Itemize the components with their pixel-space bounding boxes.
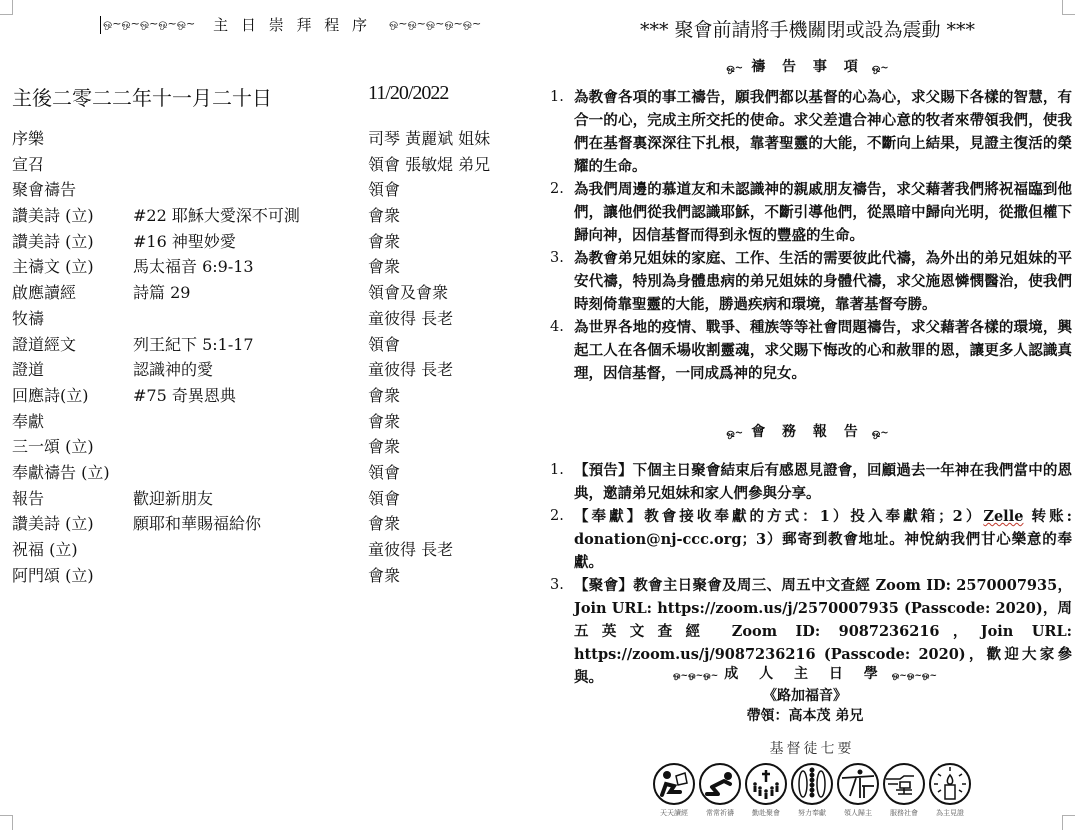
essential-item: 常常祈禱 <box>697 762 743 818</box>
adult-school-book: 《路加福音》 <box>640 686 970 706</box>
program-item: 證道經文 <box>12 334 76 356</box>
seven-essentials-icons: 天天讀經 常常祈禱 勤赴聚會 努力奉獻 領人歸主 服務社會 <box>647 762 977 818</box>
program-item: 序樂 <box>12 128 44 150</box>
serving-society-icon <box>882 762 926 806</box>
program-item: 牧禱 <box>12 308 44 330</box>
program-row: 祝福 (立)童彼得 長老 <box>12 539 532 565</box>
program-item: 啟應讀經 <box>12 282 76 304</box>
prayer-heading: ஒ~禱 告 事 項ஒ~ <box>540 56 1075 76</box>
ornament-icon: ஒ~ <box>726 63 743 74</box>
essential-label: 領人歸主 <box>844 808 872 818</box>
program-item: 主禱文 (立) <box>12 256 94 278</box>
adult-school-title-line: ஒ~ஒ~ஒ~成 人 主 日 學ஒ~ஒ~ஒ~ <box>640 664 970 686</box>
item-number: 1. <box>550 459 564 482</box>
program-row: 奉獻會衆 <box>12 411 532 437</box>
program-row: 阿門頌 (立)會衆 <box>12 565 532 591</box>
program-item: 三一頌 (立) <box>12 436 94 458</box>
program-row: 報告歡迎新朋友領會 <box>12 488 532 514</box>
affairs-heading-text: 會 務 報 告 <box>751 424 864 440</box>
program-row: 回應詩(立)#75 奇異恩典會衆 <box>12 385 532 411</box>
essential-label: 常常祈禱 <box>706 808 734 818</box>
prayer-heading-text: 禱 告 事 項 <box>751 59 864 75</box>
program-item: 讚美詩 (立) <box>12 513 94 535</box>
program-detail: #22 耶穌大愛深不可測 <box>133 205 300 227</box>
program-leader: 童彼得 長老 <box>368 308 453 330</box>
item-text: 為教會弟兄姐妹的家庭、工作、生活的需要彼此代禱，為外出的弟兄姐妹的平安代禱，特別… <box>574 247 1072 316</box>
program-row: 奉獻禱告 (立)領會 <box>12 462 532 488</box>
list-item: 2. 【奉獻】教會接收奉獻的方式：1）投入奉獻箱；2）Zelle 转账: don… <box>550 505 1072 574</box>
worship-program-page: ஒ~ஒ~ஒ~ஒ~ஒ~ 主 日 崇 拜 程 序 ஒ~ஒ~ஒ~ஒ~ஒ~ 主後二零二二… <box>0 0 540 830</box>
essential-label: 勤赴聚會 <box>752 808 780 818</box>
adult-school-leader: 帶領：高本茂 弟兄 <box>640 706 970 726</box>
program-leader: 會衆 <box>368 565 400 587</box>
program-title-line: ஒ~ஒ~ஒ~ஒ~ஒ~ 主 日 崇 拜 程 序 ஒ~ஒ~ஒ~ஒ~ஒ~ <box>100 14 500 35</box>
essential-item: 服務社會 <box>881 762 927 818</box>
program-item: 奉獻禱告 (立) <box>12 462 110 484</box>
program-item: 證道 <box>12 359 44 381</box>
program-item: 報告 <box>12 488 44 510</box>
offering-icon <box>790 762 834 806</box>
program-leader: 領會 <box>368 462 400 484</box>
program-leader: 會衆 <box>368 411 400 433</box>
offering-text-a: 【奉獻】教會接收奉獻的方式：1）投入奉獻箱；2） <box>574 508 983 525</box>
program-detail: 詩篇 29 <box>133 282 190 304</box>
program-item: 祝福 (立) <box>12 539 78 561</box>
text-cursor <box>100 16 101 34</box>
program-detail: #75 奇異恩典 <box>133 385 236 407</box>
item-number: 2. <box>550 178 564 201</box>
program-row: 序樂司琴 黃麗斌 姐妹 <box>12 128 532 154</box>
item-text: 為世界各地的疫情、戰爭、種族等等社會問題禱告，求父藉著各樣的環境，興起工人在各個… <box>574 316 1072 385</box>
essential-label: 服務社會 <box>890 808 918 818</box>
program-row: 證道經文列王紀下 5:1-17領會 <box>12 334 532 360</box>
program-leader: 會衆 <box>368 385 400 407</box>
item-number: 1. <box>550 86 564 109</box>
ornament-left-icon: ஒ~ஒ~ஒ~ஒ~ஒ~ <box>103 17 195 32</box>
program-leader: 童彼得 長老 <box>368 359 453 381</box>
essential-item: 領人歸主 <box>835 762 881 818</box>
list-item: 2.為我們周邊的慕道友和未認識神的親戚朋友禱告，求父藉著我們將祝福臨到他們，讓他… <box>550 178 1072 247</box>
witness-candle-icon <box>928 762 972 806</box>
item-number: 3. <box>550 574 564 597</box>
list-item: 1. 【預告】下個主日聚會結束后有感恩見證會，回顧過去一年神在我們當中的恩典，邀… <box>550 459 1072 505</box>
program-row: 聚會禱告領會 <box>12 179 532 205</box>
item-text: 為我們周邊的慕道友和未認識神的親戚朋友禱告，求父藉著我們將祝福臨到他們，讓他們從… <box>574 178 1072 247</box>
program-item: 宣召 <box>12 154 44 176</box>
program-leader: 領會 <box>368 179 400 201</box>
program-leader: 司琴 黃麗斌 姐妹 <box>368 128 490 150</box>
program-list: 序樂司琴 黃麗斌 姐妹宣召領會 張敏焜 弟兄聚會禱告領會讚美詩 (立)#22 耶… <box>12 128 532 590</box>
program-row: 讚美詩 (立)#16 神聖妙愛會衆 <box>12 231 532 257</box>
program-leader: 領會 <box>368 488 400 510</box>
adult-school-title: 成 人 主 日 學 <box>724 666 886 682</box>
seven-essentials-title: 基督徒七要 <box>647 738 977 758</box>
program-leader: 童彼得 長老 <box>368 539 453 561</box>
program-leader: 領會 張敏焜 弟兄 <box>368 154 490 176</box>
item-number: 2. <box>550 505 564 528</box>
program-leader: 領會 <box>368 334 400 356</box>
program-detail: 認識神的愛 <box>133 359 213 381</box>
ornament-right-icon: ஒ~ஒ~ஒ~ஒ~ஒ~ <box>389 17 481 32</box>
ornament-icon: ஒ~ <box>872 63 889 74</box>
essential-label: 為主見證 <box>936 808 964 818</box>
ornament-icon: ஒ~ஒ~ஒ~ <box>892 671 937 681</box>
program-detail: 列王紀下 5:1-17 <box>133 334 254 356</box>
essential-item: 為主見證 <box>927 762 973 818</box>
essential-item: 天天讀經 <box>651 762 697 818</box>
affairs-heading: ஒ~會 務 報 告ஒ~ <box>540 421 1075 441</box>
item-text: 為教會各項的事工禱告，願我們都以基督的心為心，求父賜下各樣的智慧，有合一的心，完… <box>574 86 1072 178</box>
list-item: 4.為世界各地的疫情、戰爭、種族等等社會問題禱告，求父藉著各樣的環境，興起工人在… <box>550 316 1072 385</box>
program-row: 宣召領會 張敏焜 弟兄 <box>12 154 532 180</box>
essential-label: 努力奉獻 <box>798 808 826 818</box>
program-item: 讚美詩 (立) <box>12 205 94 227</box>
program-item: 阿門頌 (立) <box>12 565 94 587</box>
ornament-icon: ஒ~ <box>726 428 743 439</box>
program-detail: 歡迎新朋友 <box>133 488 213 510</box>
program-row: 三一頌 (立)會衆 <box>12 436 532 462</box>
program-row: 讚美詩 (立)#22 耶穌大愛深不可測會衆 <box>12 205 532 231</box>
reading-bible-icon <box>652 762 696 806</box>
essential-item: 努力奉獻 <box>789 762 835 818</box>
program-leader: 會衆 <box>368 205 400 227</box>
ornament-icon: ஒ~ஒ~ஒ~ <box>673 671 718 681</box>
essential-item: 勤赴聚會 <box>743 762 789 818</box>
item-text: 【奉獻】教會接收奉獻的方式：1）投入奉獻箱；2）Zelle 转账: donati… <box>574 505 1072 574</box>
program-detail: 願耶和華賜福給你 <box>133 513 261 535</box>
program-item: 聚會禱告 <box>12 179 76 201</box>
gathering-icon <box>744 762 788 806</box>
list-item: 1.為教會各項的事工禱告，願我們都以基督的心為心，求父賜下各樣的智慧，有合一的心… <box>550 86 1072 178</box>
program-detail: 馬太福音 6:9-13 <box>133 256 254 278</box>
adult-sunday-school: ஒ~ஒ~ஒ~成 人 主 日 學ஒ~ஒ~ஒ~ 《路加福音》 帶領：高本茂 弟兄 <box>640 664 970 726</box>
program-row: 啟應讀經詩篇 29領會及會衆 <box>12 282 532 308</box>
item-number: 4. <box>550 316 564 339</box>
announcements-page: *** 聚會前請將手機關閉或設為震動 *** ஒ~禱 告 事 項ஒ~ 1.為教會… <box>540 0 1075 830</box>
leading-to-christ-icon <box>836 762 880 806</box>
program-item: 回應詩(立) <box>12 385 89 407</box>
phone-notice: *** 聚會前請將手機關閉或設為震動 *** <box>540 15 1075 42</box>
program-item: 奉獻 <box>12 411 44 433</box>
affairs-list: 1. 【預告】下個主日聚會結束后有感恩見證會，回顧過去一年神在我們當中的恩典，邀… <box>550 459 1072 689</box>
program-leader: 會衆 <box>368 256 400 278</box>
seven-essentials-graphic: 基督徒七要 天天讀經 常常祈禱 勤赴聚會 努力奉獻 領人歸主 <box>647 738 977 818</box>
program-row: 牧禱童彼得 長老 <box>12 308 532 334</box>
list-item: 3.為教會弟兄姐妹的家庭、工作、生活的需要彼此代禱，為外出的弟兄姐妹的平安代禱，… <box>550 247 1072 316</box>
program-item: 讚美詩 (立) <box>12 231 94 253</box>
ornament-icon: ஒ~ <box>872 428 889 439</box>
program-leader: 會衆 <box>368 231 400 253</box>
prayer-list: 1.為教會各項的事工禱告，願我們都以基督的心為心，求父賜下各樣的智慧，有合一的心… <box>550 86 1072 385</box>
date-chinese: 主後二零二二年十一月二十日 <box>12 82 272 111</box>
item-number: 3. <box>550 247 564 270</box>
item-text: 【預告】下個主日聚會結束后有感恩見證會，回顧過去一年神在我們當中的恩典，邀請弟兄… <box>574 459 1072 505</box>
praying-icon <box>698 762 742 806</box>
program-leader: 領會及會衆 <box>368 282 448 304</box>
program-row: 證道認識神的愛童彼得 長老 <box>12 359 532 385</box>
zelle-spellcheck-word: Zelle <box>983 508 1023 525</box>
essential-label: 天天讀經 <box>660 808 688 818</box>
program-leader: 會衆 <box>368 513 400 535</box>
program-row: 主禱文 (立)馬太福音 6:9-13會衆 <box>12 256 532 282</box>
program-detail: #16 神聖妙愛 <box>133 231 236 253</box>
program-leader: 會衆 <box>368 436 400 458</box>
program-row: 讚美詩 (立)願耶和華賜福給你會衆 <box>12 513 532 539</box>
program-title: 主 日 崇 拜 程 序 <box>213 14 371 35</box>
date-numeric: 11/20/2022 <box>368 82 448 105</box>
